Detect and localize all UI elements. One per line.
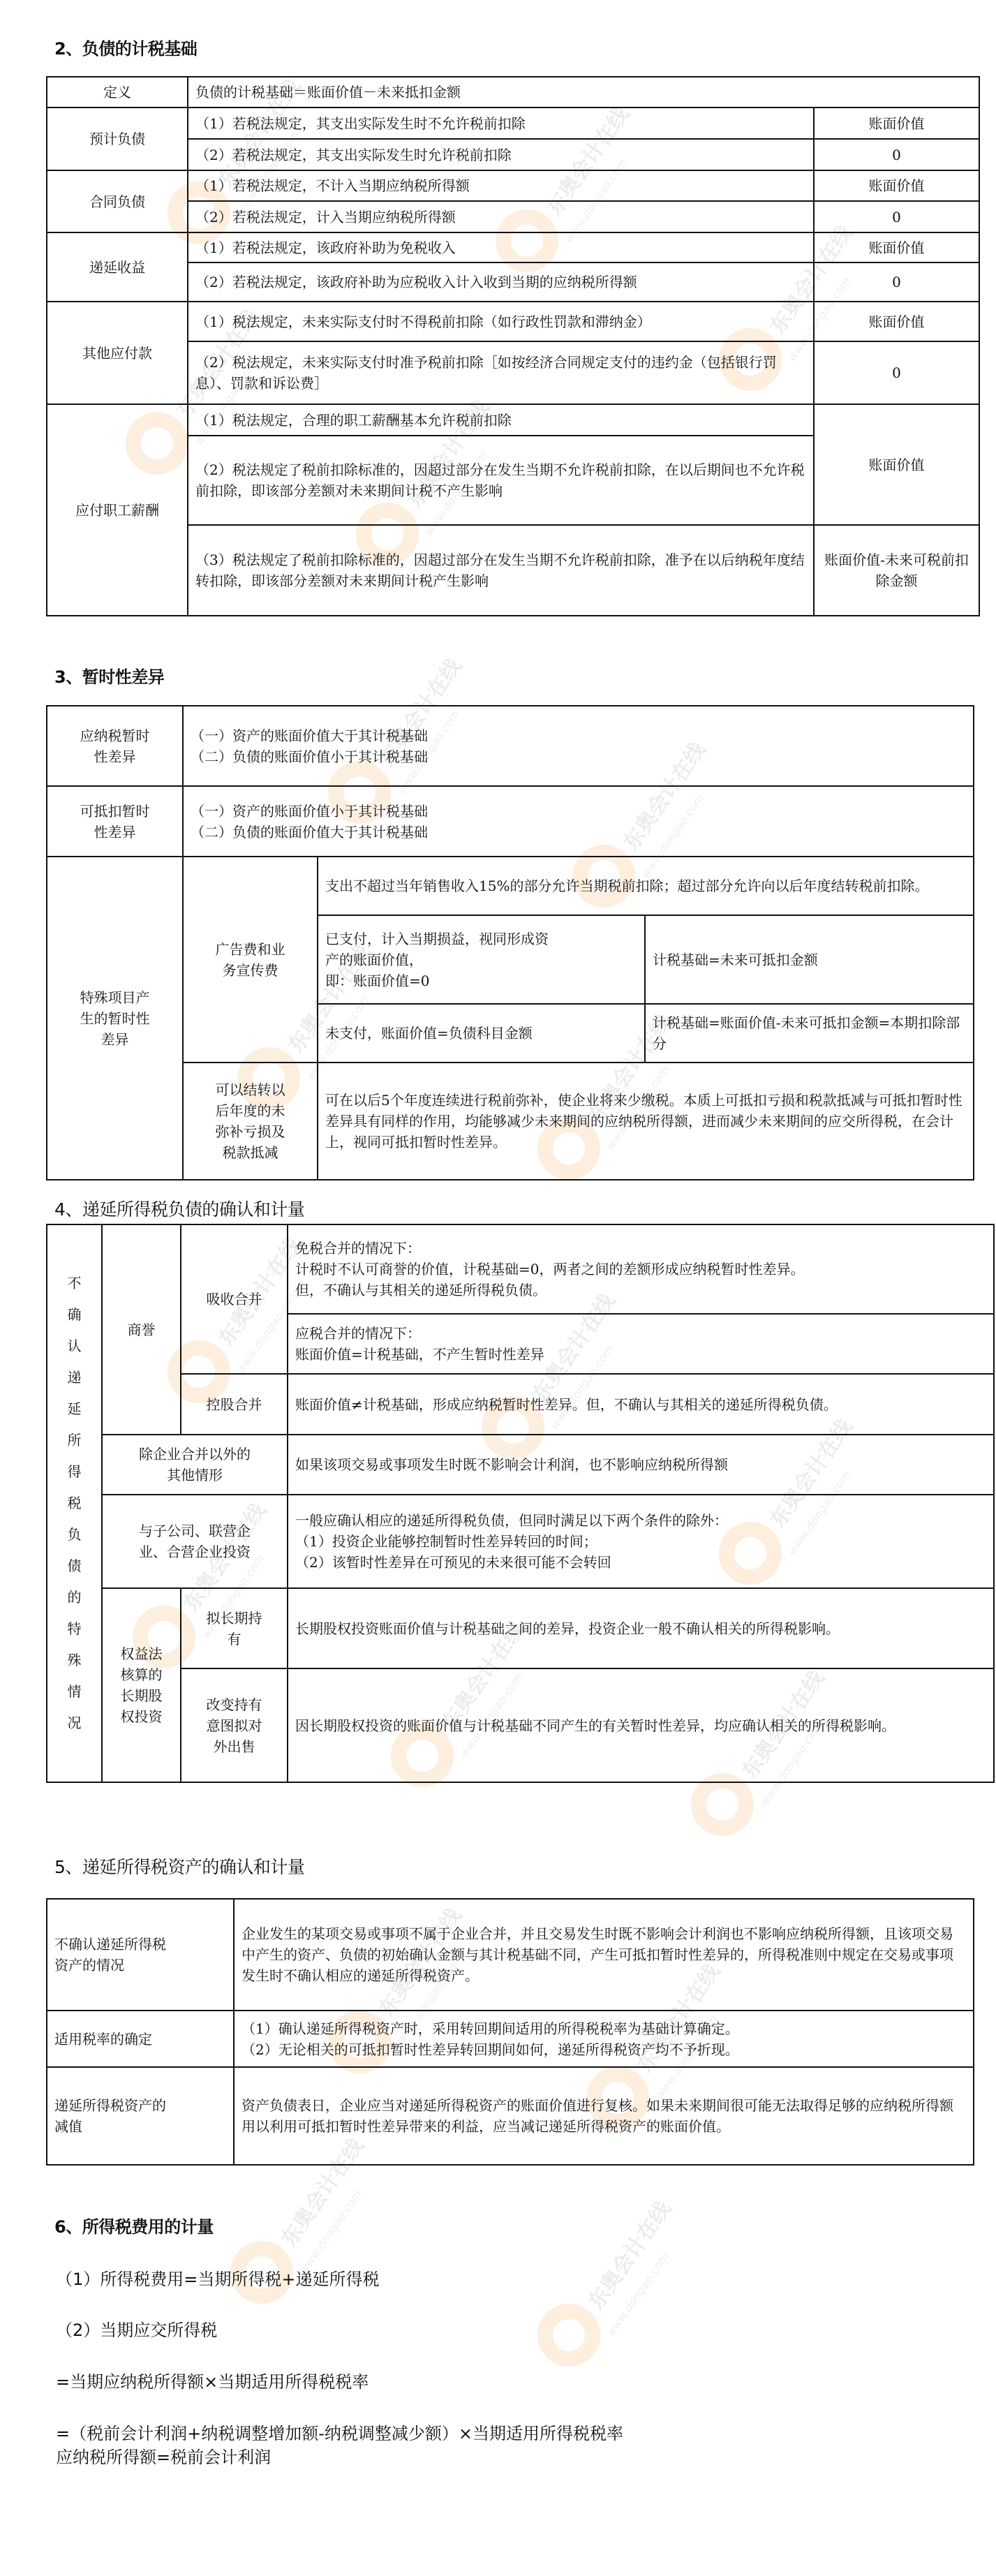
condition-cell: （3）税法规定了税前扣除标准的，因超过部分在发生当期不允许税前扣除，准予在以后纳… — [188, 525, 814, 616]
subsidiary-investment-label: 与子公司、联营企 业、合营企业投资 — [102, 1495, 288, 1588]
impairment-label: 递延所得税资产的 减值 — [47, 2067, 234, 2165]
special-items-label: 特殊项目产 生的暂时性 差异 — [47, 857, 183, 1180]
category-cell: 合同负债 — [47, 170, 188, 232]
category-cell: 预计负债 — [47, 108, 188, 170]
result-cell: 账面价值-未来可税前扣除金额 — [814, 525, 979, 616]
result-cell: 0 — [814, 201, 979, 232]
loss-carryforward-label: 可以结转以 后年度的未 弥补亏损及 税款抵减 — [183, 1063, 318, 1180]
section-title-deferred-tax-liability: 4、递延所得税负债的确认和计量 — [54, 1196, 304, 1221]
category-cell: 递延收益 — [47, 232, 188, 302]
advertising-paid-basis: 计税基础=未来可抵扣金额 — [645, 915, 974, 1004]
deferred-tax-asset-table: 不确认递延所得税 资产的情况 企业发生的某项交易或事项不属于企业合并，并且交易发… — [46, 1898, 974, 2166]
condition-cell: （2）若税法规定，其支出实际发生时允许税前扣除 — [188, 139, 814, 170]
section-title-liability-tax-basis: 2、负债的计税基础 — [54, 35, 197, 59]
intend-to-sell-text: 因长期股权投资的账面价值与计税基础不同产生的有关暂时性差异，均应确认相关的所得税… — [288, 1668, 994, 1782]
special-cases-vertical-label: 不 确 认 递 延 所 得 税 负 债 的 特 殊 情 况 — [47, 1224, 102, 1782]
taxable-difference-content: （一）资产的账面价值大于其计税基础 （二）负债的账面价值小于其计税基础 — [183, 706, 974, 786]
result-cell: 账面价值 — [814, 108, 979, 139]
result-cell: 账面价值 — [814, 404, 979, 525]
condition-cell: （1）税法规定，未来实际支付时不得税前扣除（如行政性罚款和滞纳金） — [188, 302, 814, 341]
advertising-expense-label: 广告费和业 务宣传费 — [183, 857, 318, 1063]
taxable-difference-label: 应纳税暂时 性差异 — [47, 706, 183, 786]
other-situations-text: 如果该项交易或事项发生时既不影响会计利润，也不影响应纳税所得额 — [288, 1435, 994, 1495]
section-title-deferred-tax-asset: 5、递延所得税资产的确认和计量 — [54, 1853, 304, 1879]
category-cell: 应付职工薪酬 — [47, 404, 188, 616]
not-recognized-text: 企业发生的某项交易或事项不属于企业合并，并且交易发生时既不影响会计利润也不影响应… — [234, 1899, 974, 2011]
section-title-temporary-differences: 3、暂时性差异 — [54, 663, 164, 688]
formula-line: =当期应纳税所得额×当期适用所得税税率 — [56, 2368, 369, 2392]
result-cell: 0 — [814, 262, 979, 302]
advertising-unpaid: 未支付，账面价值=负债科目金额 — [318, 1004, 645, 1063]
long-term-hold-label: 拟长期持 有 — [181, 1588, 288, 1668]
absorption-merger-label: 吸收合并 — [181, 1224, 288, 1374]
result-cell: 账面价值 — [814, 302, 979, 341]
condition-cell: （1）若税法规定，其支出实际发生时不允许税前扣除 — [188, 108, 814, 139]
deferred-tax-liability-table: 不 确 认 递 延 所 得 税 负 债 的 特 殊 情 况 商誉 吸收合并 免税… — [46, 1224, 995, 1783]
subsidiary-investment-text: 一般应确认相应的递延所得税负债，但同时满足以下两个条件的除外： （1）投资企业能… — [288, 1495, 994, 1588]
condition-cell: （2）税法规定了税前扣除标准的，因超过部分在发生当期不允许税前扣除，在以后期间也… — [188, 436, 814, 525]
tax-free-merger-text: 免税合并的情况下： 计税时不认可商誉的价值，计税基础=0，两者之间的差额形成应纳… — [288, 1224, 994, 1314]
other-situations-label: 除企业合并以外的 其他情形 — [102, 1435, 288, 1495]
condition-cell: （2）若税法规定，计入当期应纳税所得额 — [188, 201, 814, 232]
goodwill-label: 商誉 — [102, 1224, 181, 1435]
liability-tax-basis-table: 定义 负债的计税基础＝账面价值－未来抵扣金额 预计负债 （1）若税法规定，其支出… — [46, 76, 980, 616]
advertising-rule: 支出不超过当年销售收入15%的部分允许当期税前扣除；超过部分允许向以后年度结转税… — [318, 857, 974, 915]
category-cell: 其他应付款 — [47, 302, 188, 404]
deductible-difference-label: 可抵扣暂时 性差异 — [47, 786, 183, 857]
tax-rate-text: （1）确认递延所得税资产时，采用转回期间适用的所得税税率为基础计算确定。 （2）… — [234, 2011, 974, 2067]
long-term-hold-text: 长期股权投资账面价值与计税基础之间的差异，投资企业一般不确认相关的所得税影响。 — [288, 1588, 994, 1668]
section-title-income-tax-expense: 6、所得税费用的计量 — [54, 2213, 214, 2237]
holding-merger-label: 控股合并 — [181, 1374, 288, 1435]
temporary-differences-table: 应纳税暂时 性差异 （一）资产的账面价值大于其计税基础 （二）负债的账面价值小于… — [46, 705, 974, 1180]
advertising-unpaid-basis: 计税基础=账面价值-未来可抵扣金额=本期扣除部分 — [645, 1004, 974, 1063]
result-cell: 账面价值 — [814, 232, 979, 262]
condition-cell: （2）税法规定，未来实际支付时准予税前扣除［如按经济合同规定支付的违约金（包括银… — [188, 341, 814, 404]
advertising-paid: 已支付，计入当期损益，视同形成资 产的账面价值， 即：账面价值=0 — [318, 915, 645, 1004]
definition-text: 负债的计税基础＝账面价值－未来抵扣金额 — [188, 77, 979, 108]
definition-label: 定义 — [47, 77, 188, 108]
condition-cell: （1）若税法规定，该政府补助为免税收入 — [188, 232, 814, 262]
formula-line: 应纳税所得额=税前会计利润 — [56, 2443, 271, 2468]
not-recognized-label: 不确认递延所得税 资产的情况 — [47, 1899, 234, 2011]
impairment-text: 资产负债表日，企业应当对递延所得税资产的账面价值进行复核。如果未来期间很可能无法… — [234, 2067, 974, 2165]
tax-rate-label: 适用税率的确定 — [47, 2011, 234, 2067]
condition-cell: （1）若税法规定，不计入当期应纳税所得额 — [188, 170, 814, 201]
formula-line: （1）所得税费用=当期所得税+递延所得税 — [56, 2265, 380, 2290]
deductible-difference-content: （一）资产的账面价值小于其计税基础 （二）负债的账面价值大于其计税基础 — [183, 786, 974, 857]
intend-to-sell-label: 改变持有 意图拟对 外出售 — [181, 1668, 288, 1782]
equity-method-label: 权益法 核算的 长期股 权投资 — [102, 1588, 181, 1782]
loss-carryforward-text: 可在以后5个年度连续进行税前弥补，使企业将来少缴税。本质上可抵扣亏损和税款抵减与… — [318, 1063, 974, 1180]
result-cell: 0 — [814, 341, 979, 404]
formula-line: （2）当期应交所得税 — [56, 2316, 217, 2341]
holding-merger-text: 账面价值≠计税基础，形成应纳税暂时性差异。但，不确认与其相关的递延所得税负债。 — [288, 1374, 994, 1435]
formula-line: =（税前会计利润+纳税调整增加额-纳税调整减少额）×当期适用所得税税率 — [56, 2420, 623, 2444]
result-cell: 账面价值 — [814, 170, 979, 201]
condition-cell: （2）若税法规定，该政府补助为应税收入计入收到当期的应纳税所得额 — [188, 262, 814, 302]
condition-cell: （1）税法规定，合理的职工薪酬基本允许税前扣除 — [188, 404, 814, 436]
taxable-merger-text: 应税合并的情况下： 账面价值=计税基础，不产生暂时性差异 — [288, 1314, 994, 1374]
result-cell: 0 — [814, 139, 979, 170]
